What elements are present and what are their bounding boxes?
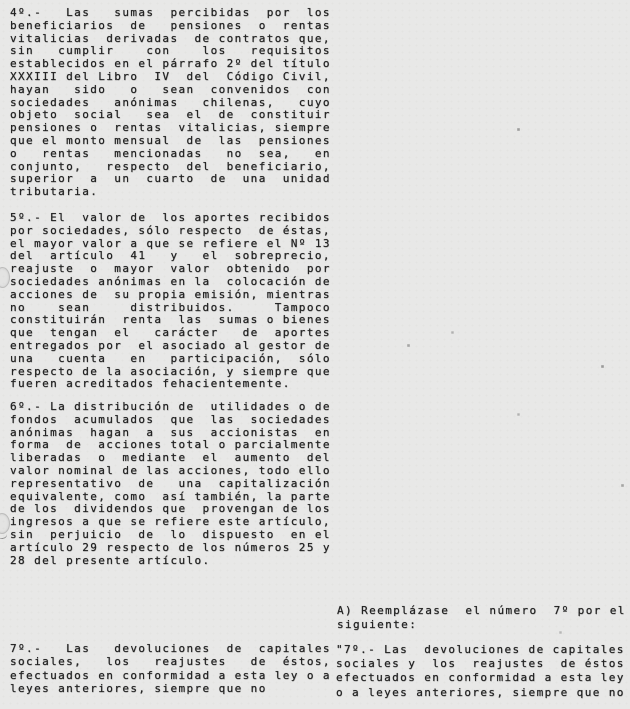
paper-specks (0, 0, 1, 1)
paragraph-6: 6º.- La distribución de utilidades o de … (10, 401, 331, 567)
paragraph-7-original: 7º.- Las devoluciones de capitales socia… (10, 642, 331, 696)
scanned-document-page: 4º.- Las sumas percibidas por los benefi… (0, 0, 630, 709)
paragraph-5: 5º.- El valor de los aportes recibidos p… (10, 212, 331, 391)
paragraph-4: 4º.- Las sumas percibidas por los benefi… (10, 7, 331, 199)
punch-mark-top (0, 267, 10, 288)
amendment-intro: A) Reemplázase el número 7º por el sigui… (337, 604, 626, 632)
amendment-7-replacement: "7º.- Las devoluciones de capitales soci… (336, 643, 625, 700)
